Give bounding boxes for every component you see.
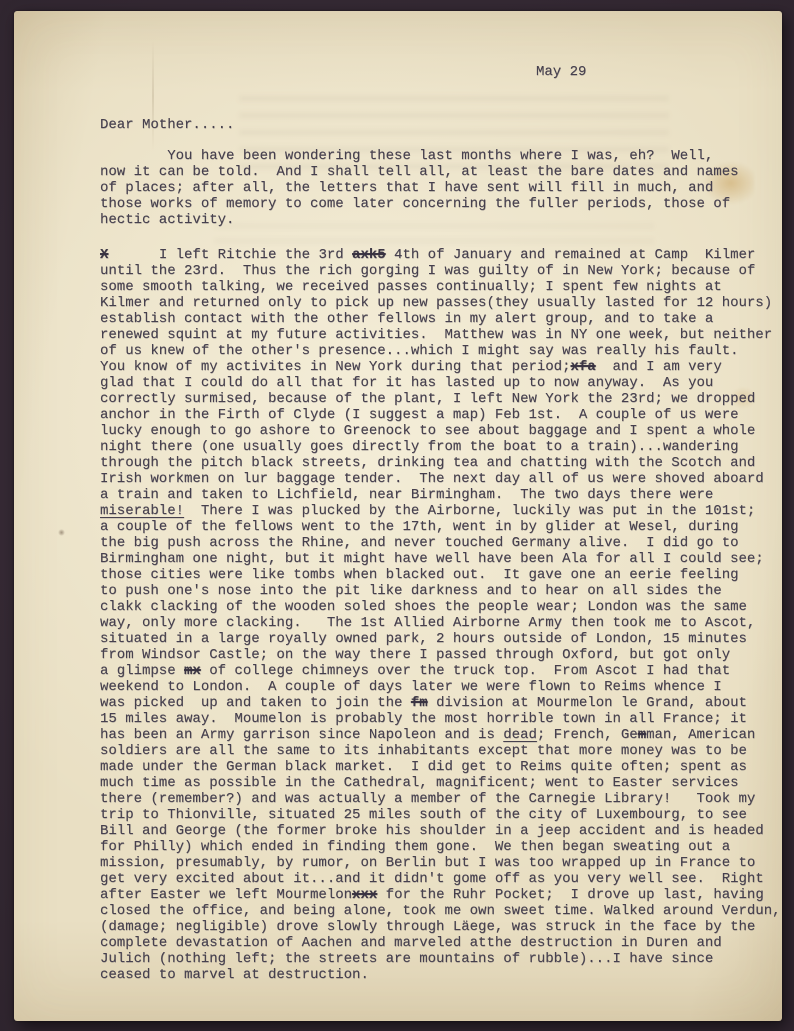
letter-line: a glimpse mx of college chimneys over th… xyxy=(100,663,781,679)
letter-salutation: Dear Mother..... xyxy=(100,117,234,133)
letter-line: You have been wondering these last month… xyxy=(100,148,739,164)
letter-line: made under the German black market. I di… xyxy=(100,759,781,775)
letter-line: mission, presumably, by rumor, on Berlin… xyxy=(100,855,781,871)
letter-line: soldiers are all the same to its inhabit… xyxy=(100,743,781,759)
letter-line: clakk clacking of the wooden soled shoes… xyxy=(100,599,781,615)
letter-line: 15 miles away. Moumelon is probably the … xyxy=(100,711,781,727)
letter-line: establish contact with the other fellows… xyxy=(100,311,781,327)
letter-line: there (remember?) and was actually a mem… xyxy=(100,791,781,807)
letter-line: Bill and George (the former broke his sh… xyxy=(100,823,781,839)
letter-line: to push one's nose into the pit like dar… xyxy=(100,583,781,599)
letter-paragraph-body: X I left Ritchie the 3rd axk5 4th of Jan… xyxy=(100,247,781,983)
letter-line: now it can be told. And I shall tell all… xyxy=(100,164,739,180)
letter-line: (damage; negligible) drove slowly throug… xyxy=(100,919,781,935)
scan-background: May 29 Dear Mother..... You have been wo… xyxy=(0,0,794,1031)
letter-line: Birmingham one night, but it might have … xyxy=(100,551,781,567)
letter-paragraph-opening: You have been wondering these last month… xyxy=(100,148,739,228)
letter-line: after Easter we left Mourmelonxxx for th… xyxy=(100,887,781,903)
letter-line: complete devastation of Aachen and marve… xyxy=(100,935,781,951)
letter-line: miserable! There I was plucked by the Ai… xyxy=(100,503,781,519)
letter-line: Julich (nothing left; the streets are mo… xyxy=(100,951,781,967)
letter-line: Irish workmen on lur baggage tender. The… xyxy=(100,471,781,487)
letter-line: ceased to marvel at destruction. xyxy=(100,967,781,983)
letter-line: a train and taken to Lichfield, near Bir… xyxy=(100,487,781,503)
letter-line: Kilmer and returned only to pick up new … xyxy=(100,295,781,311)
letter-line: for Philly) which ended in finding them … xyxy=(100,839,781,855)
letter-line: some smooth talking, we received passes … xyxy=(100,279,781,295)
letter-line: anchor in the Firth of Clyde (I suggest … xyxy=(100,407,781,423)
letter-line: of places; after all, the letters that I… xyxy=(100,180,739,196)
letter-line: way, only more clacking. The 1st Allied … xyxy=(100,615,781,631)
letter-line: X I left Ritchie the 3rd axk5 4th of Jan… xyxy=(100,247,781,263)
letter-line: a couple of the fellows went to the 17th… xyxy=(100,519,781,535)
letter-line: until the 23rd. Thus the rich gorging I … xyxy=(100,263,781,279)
letter-line: night there (one usually goes directly f… xyxy=(100,439,781,455)
letter-line: glad that I could do all that for it has… xyxy=(100,375,781,391)
letter-line: from Windsor Castle; on the way there I … xyxy=(100,647,781,663)
letter-line: through the pitch black streets, drinkin… xyxy=(100,455,781,471)
letter-line: closed the office, and being alone, took… xyxy=(100,903,781,919)
letter-line: the big push across the Rhine, and never… xyxy=(100,535,781,551)
letter-line: You know of my activites in New York dur… xyxy=(100,359,781,375)
paper-crease xyxy=(152,41,154,151)
letter-line: trip to Thionville, situated 25 miles so… xyxy=(100,807,781,823)
letter-line: get very excited about it...and it didn'… xyxy=(100,871,781,887)
letter-paper: May 29 Dear Mother..... You have been wo… xyxy=(14,11,782,1021)
letter-date: May 29 xyxy=(536,64,586,80)
letter-line: lucky enough to go ashore to Greenock to… xyxy=(100,423,781,439)
letter-line: was picked up and taken to join the fm d… xyxy=(100,695,781,711)
letter-line: has been an Army garrison since Napoleon… xyxy=(100,727,781,743)
paper-speck xyxy=(58,529,65,536)
letter-line: correctly surmised, because of the plant… xyxy=(100,391,781,407)
letter-line: renewed squint at my future activities. … xyxy=(100,327,781,343)
letter-line: of us knew of the other's presence...whi… xyxy=(100,343,781,359)
letter-line: weekend to London. A couple of days late… xyxy=(100,679,781,695)
letter-line: situated in a large royally owned park, … xyxy=(100,631,781,647)
letter-line: those works of memory to come later conc… xyxy=(100,196,739,212)
letter-line: much time as possible in the Cathedral, … xyxy=(100,775,781,791)
letter-line: those cities were like tombs when blacke… xyxy=(100,567,781,583)
letter-line: hectic activity. xyxy=(100,212,739,228)
